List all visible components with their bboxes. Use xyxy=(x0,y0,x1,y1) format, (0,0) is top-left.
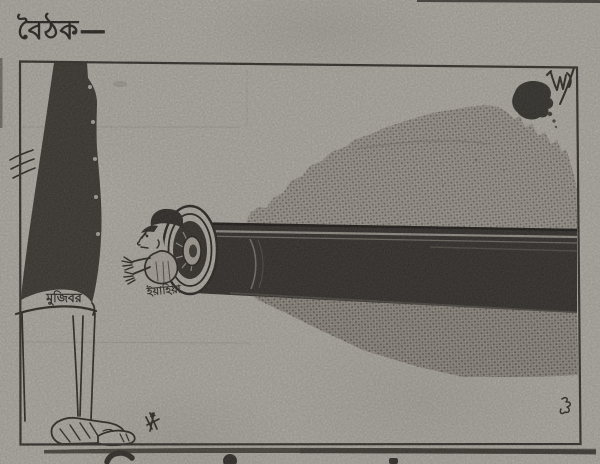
newspaper-cartoon-scan: বৈঠক— xyxy=(0,0,600,464)
paper-grain-light xyxy=(0,0,600,464)
cartoon-artwork: বৈঠক— xyxy=(0,0,600,464)
